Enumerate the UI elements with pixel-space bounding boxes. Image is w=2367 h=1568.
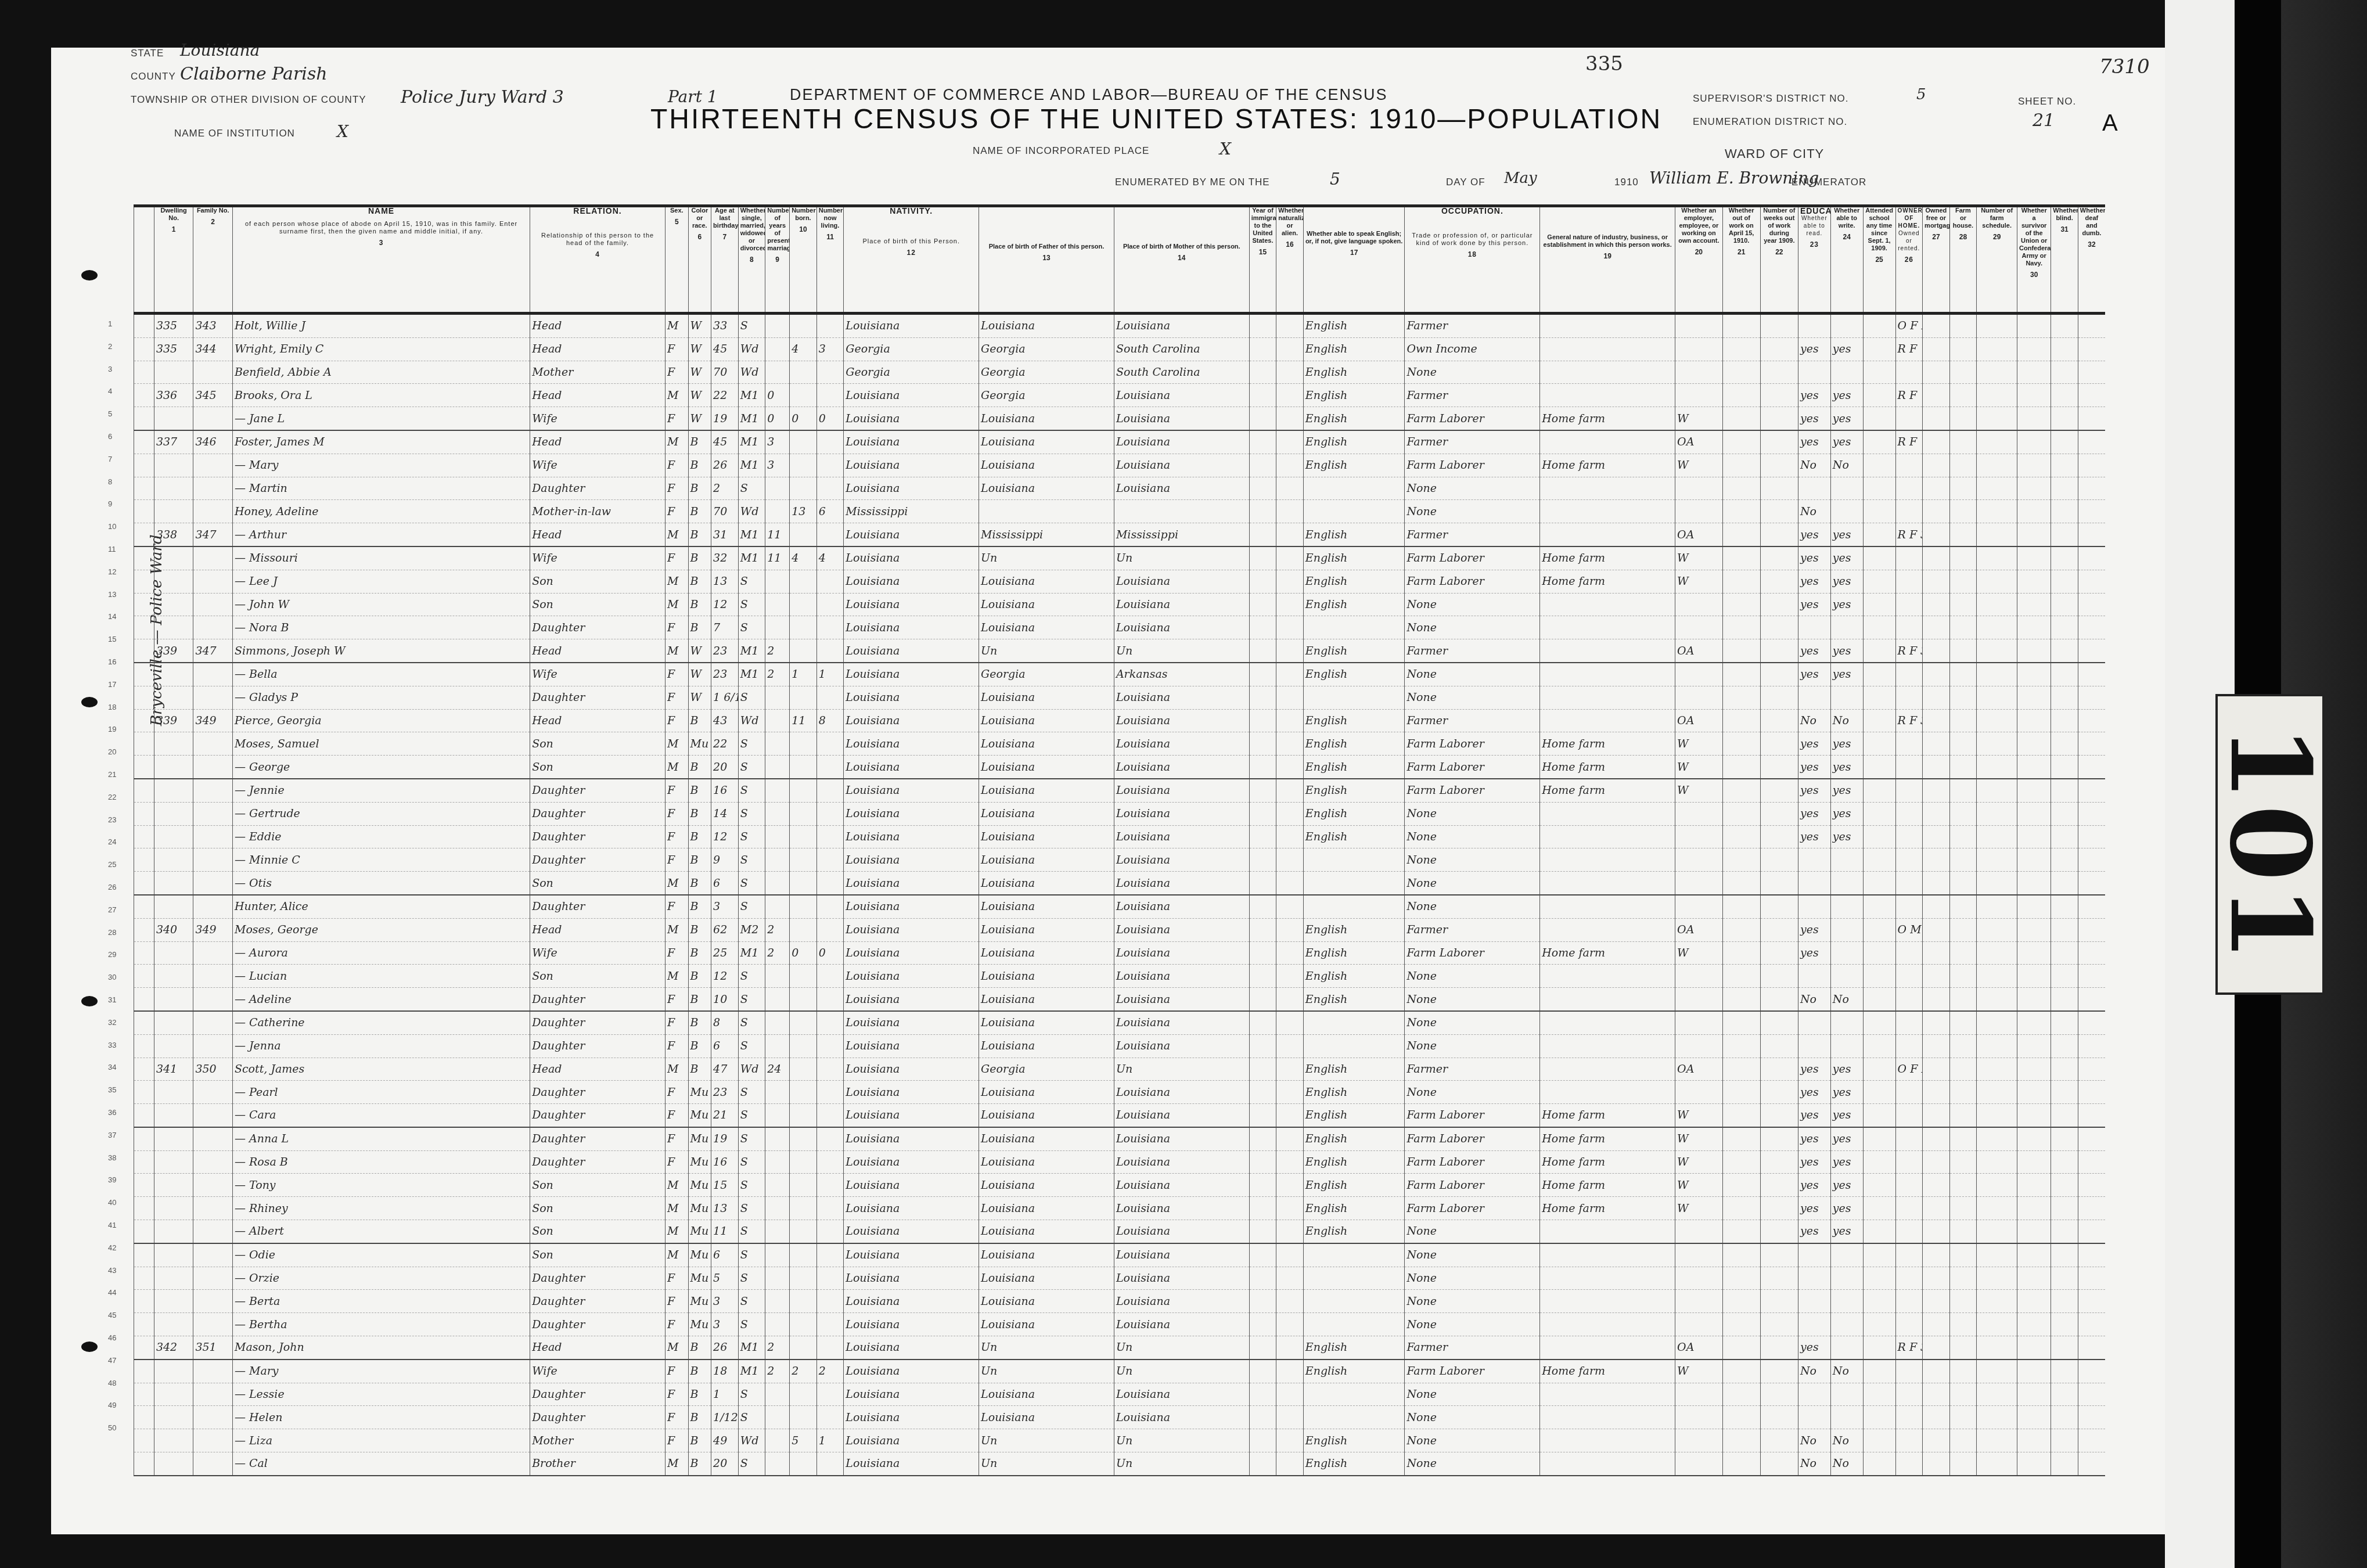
- col-english: Whether able to speak English; or, if no…: [1303, 206, 1405, 314]
- cell-ms: S: [738, 1452, 765, 1476]
- cell-own: [1895, 361, 1923, 384]
- cell-ms: Wd: [738, 1429, 765, 1452]
- cell-ind: [1540, 523, 1675, 546]
- cell-empty: [2078, 1452, 2105, 1476]
- cell-rel: Son: [530, 1243, 666, 1267]
- cell-name: — Jane L: [232, 407, 530, 430]
- cell-rel: Daughter: [530, 477, 666, 500]
- cell-empty: [1977, 384, 2017, 407]
- cell-fam: [193, 454, 233, 477]
- cell-born: [790, 454, 817, 477]
- cell-ind: Home farm: [1540, 1150, 1675, 1174]
- cell-dw: [154, 593, 193, 616]
- cell-dw: [154, 1243, 193, 1267]
- cell-own: [1895, 965, 1923, 988]
- cell-ind: [1540, 825, 1675, 848]
- cell-rel: Son: [530, 593, 666, 616]
- ward-label: WARD OF CITY: [1725, 146, 1824, 161]
- cell-yrs: [765, 1243, 790, 1267]
- cell-empty: [2017, 1313, 2051, 1336]
- cell-mpob: Louisiana: [1114, 1406, 1249, 1429]
- cell-eng: English: [1303, 988, 1405, 1011]
- cell-rel: Daughter: [530, 1290, 666, 1313]
- cell-fam: [193, 732, 233, 756]
- cell-empty: [134, 686, 154, 709]
- cell-fpob: Louisiana: [979, 686, 1114, 709]
- cell-race: W: [688, 663, 711, 686]
- cell-ind: [1540, 314, 1675, 338]
- cell-race: Mu: [688, 1104, 711, 1127]
- table-row: — BertaDaughterFMu3SLouisianaLouisianaLo…: [134, 1290, 2106, 1313]
- cell-yrs: 2: [765, 663, 790, 686]
- cell-eng: English: [1303, 1360, 1405, 1383]
- cell-rel: Son: [530, 872, 666, 895]
- cell-rd: [1798, 1267, 1830, 1290]
- cell-race: B: [688, 941, 711, 965]
- cell-empty: [1249, 337, 1276, 361]
- cell-yrs: [765, 732, 790, 756]
- cell-ind: [1540, 1336, 1675, 1360]
- cell-empty: [1760, 965, 1798, 988]
- cell-empty: [1276, 802, 1304, 825]
- cell-living: [816, 1150, 844, 1174]
- cell-own: [1895, 1406, 1923, 1429]
- cell-fam: [193, 965, 233, 988]
- cell-empty: [134, 1360, 154, 1383]
- cell-wr: [1830, 872, 1863, 895]
- cell-sex: F: [665, 454, 688, 477]
- cell-eng: English: [1303, 361, 1405, 384]
- cell-fam: 347: [193, 523, 233, 546]
- cell-empty: [1863, 1406, 1895, 1429]
- cell-empty: [1722, 1452, 1760, 1476]
- cell-rd: [1798, 1290, 1830, 1313]
- cell-eng: [1303, 872, 1405, 895]
- cell-pob: Louisiana: [844, 1336, 979, 1360]
- cell-empty: [1760, 337, 1798, 361]
- cell-yrs: 2: [765, 1360, 790, 1383]
- cell-mpob: Un: [1114, 639, 1249, 663]
- cell-empty: [2078, 593, 2105, 616]
- cell-empty: [2017, 500, 2051, 523]
- cell-occ: None: [1405, 872, 1540, 895]
- cell-wr: [1830, 1011, 1863, 1034]
- cell-sex: M: [665, 1243, 688, 1267]
- cell-empty: [2078, 1383, 2105, 1406]
- cell-age: 31: [711, 523, 739, 546]
- cell-empty: [1722, 848, 1760, 872]
- cell-empty: [1977, 1243, 2017, 1267]
- cell-dw: 342: [154, 1336, 193, 1360]
- cell-wr: yes: [1830, 384, 1863, 407]
- cell-race: B: [688, 616, 711, 639]
- cell-rel: Head: [530, 1336, 666, 1360]
- cell-race: B: [688, 1011, 711, 1034]
- cell-pob: Louisiana: [844, 709, 979, 732]
- cell-ms: S: [738, 1406, 765, 1429]
- cell-empty: [1760, 895, 1798, 918]
- cell-ind: [1540, 686, 1675, 709]
- cell-empty: [1923, 1081, 1950, 1104]
- cell-wr: [1830, 361, 1863, 384]
- cell-eng: English: [1303, 1429, 1405, 1452]
- cell-empty: [1949, 454, 1977, 477]
- cell-own: [1895, 1104, 1923, 1127]
- cell-rd: No: [1798, 709, 1830, 732]
- cell-race: B: [688, 802, 711, 825]
- cell-own: R F 334: [1895, 709, 1923, 732]
- cell-empty: [1977, 1150, 2017, 1174]
- cell-empty: [2051, 616, 2078, 639]
- cell-empty: [2051, 802, 2078, 825]
- cell-occ: Farm Laborer: [1405, 570, 1540, 593]
- row-number: 49: [108, 1401, 116, 1409]
- cell-fpob: Louisiana: [979, 1011, 1114, 1034]
- cell-ms: M1: [738, 941, 765, 965]
- col-out-of-work: Whether out of work on April 15, 1910.21: [1722, 206, 1760, 314]
- cell-empty: [1722, 965, 1760, 988]
- cell-race: B: [688, 918, 711, 941]
- cell-empty: [2051, 1220, 2078, 1243]
- table-row: — GertrudeDaughterFB14SLouisianaLouisian…: [134, 802, 2106, 825]
- cell-mpob: Louisiana: [1114, 825, 1249, 848]
- cell-empty: [1760, 616, 1798, 639]
- cell-wr: yes: [1830, 732, 1863, 756]
- cell-own: [1895, 1360, 1923, 1383]
- cell-mpob: Louisiana: [1114, 965, 1249, 988]
- cell-empty: [1249, 709, 1276, 732]
- cell-eng: English: [1303, 407, 1405, 430]
- cell-rel: Son: [530, 1174, 666, 1197]
- cell-empty: [2078, 1267, 2105, 1290]
- cell-empty: [1722, 895, 1760, 918]
- cell-sex: M: [665, 756, 688, 779]
- cell-empty: [2017, 337, 2051, 361]
- cell-rel: Daughter: [530, 1104, 666, 1127]
- cell-occ: None: [1405, 1406, 1540, 1429]
- col-years-married: Number of years of present marriage.9: [765, 206, 790, 314]
- cell-own: [1895, 1034, 1923, 1058]
- cell-dw: 338: [154, 523, 193, 546]
- cell-rd: [1798, 361, 1830, 384]
- cell-empty: [2051, 1243, 2078, 1267]
- cell-empty: [1760, 1360, 1798, 1383]
- cell-empty: [1923, 1197, 1950, 1220]
- cell-race: W: [688, 384, 711, 407]
- cell-wr: [1830, 686, 1863, 709]
- cell-empty: [1760, 686, 1798, 709]
- cell-empty: [1760, 918, 1798, 941]
- cell-yrs: [765, 965, 790, 988]
- cell-empty: [1923, 1336, 1950, 1360]
- cell-rel: Son: [530, 570, 666, 593]
- cell-occ: Farmer: [1405, 430, 1540, 454]
- cell-ms: M2: [738, 918, 765, 941]
- cell-empty: [2051, 361, 2078, 384]
- cell-empty: [1949, 407, 1977, 430]
- cell-rd: yes: [1798, 779, 1830, 802]
- cell-occ: None: [1405, 802, 1540, 825]
- cell-empty: [1977, 1220, 2017, 1243]
- cell-rd: yes: [1798, 732, 1830, 756]
- cell-empty: [2078, 872, 2105, 895]
- cell-empty: [1760, 802, 1798, 825]
- cell-ms: Wd: [738, 1058, 765, 1081]
- cell-empty: [1863, 1034, 1895, 1058]
- cell-fam: [193, 1290, 233, 1313]
- cell-living: [816, 1313, 844, 1336]
- cell-yrs: 2: [765, 639, 790, 663]
- cell-wr: yes: [1830, 802, 1863, 825]
- cell-empty: [1977, 825, 2017, 848]
- cell-empty: [1760, 500, 1798, 523]
- cell-empty: [2078, 454, 2105, 477]
- cell-eng: [1303, 1290, 1405, 1313]
- row-number: 5: [108, 409, 112, 418]
- cell-dw: [154, 1174, 193, 1197]
- cell-ms: S: [738, 1174, 765, 1197]
- cell-born: [790, 825, 817, 848]
- cell-yrs: [765, 1452, 790, 1476]
- cell-mpob: Louisiana: [1114, 1127, 1249, 1150]
- cell-empty: [1949, 895, 1977, 918]
- cell-ind: [1540, 848, 1675, 872]
- cell-mpob: Louisiana: [1114, 941, 1249, 965]
- cell-empty: [1760, 639, 1798, 663]
- cell-eng: English: [1303, 756, 1405, 779]
- cell-ms: M1: [738, 430, 765, 454]
- cell-name: Foster, James M: [232, 430, 530, 454]
- cell-empty: [1249, 500, 1276, 523]
- institution-value: X: [337, 122, 348, 141]
- cell-eng: [1303, 1243, 1405, 1267]
- cell-empty: [1923, 454, 1950, 477]
- cell-dw: [154, 988, 193, 1011]
- cell-sex: M: [665, 1452, 688, 1476]
- cell-empty: [1249, 1220, 1276, 1243]
- cell-yrs: [765, 895, 790, 918]
- cell-emp: [1675, 1290, 1722, 1313]
- cell-mpob: Un: [1114, 1336, 1249, 1360]
- cell-empty: [1249, 454, 1276, 477]
- cell-empty: [2078, 825, 2105, 848]
- cell-empty: [1923, 1058, 1950, 1081]
- cell-empty: [1760, 1429, 1798, 1452]
- col-farm-house: Farm or house.28: [1949, 206, 1977, 314]
- cell-empty: [1977, 941, 2017, 965]
- cell-empty: [134, 941, 154, 965]
- cell-born: [790, 965, 817, 988]
- cell-empty: [2017, 1081, 2051, 1104]
- cell-race: B: [688, 756, 711, 779]
- cell-empty: [1276, 500, 1304, 523]
- cell-wr: [1830, 616, 1863, 639]
- cell-empty: [1977, 361, 2017, 384]
- cell-empty: [2051, 1267, 2078, 1290]
- cell-empty: [1977, 1174, 2017, 1197]
- cell-emp: [1675, 1313, 1722, 1336]
- cell-empty: [1863, 1383, 1895, 1406]
- cell-own: [1895, 686, 1923, 709]
- cell-age: 14: [711, 802, 739, 825]
- row-number: 20: [108, 747, 116, 756]
- cell-wr: yes: [1830, 1197, 1863, 1220]
- cell-emp: [1675, 337, 1722, 361]
- cell-eng: English: [1303, 918, 1405, 941]
- cell-rd: yes: [1798, 1336, 1830, 1360]
- cell-race: B: [688, 1383, 711, 1406]
- cell-empty: [1923, 779, 1950, 802]
- col-father-pob: Place of birth of Father of this person.…: [979, 206, 1114, 314]
- cell-own: [1895, 1267, 1923, 1290]
- cell-empty: [1722, 1313, 1760, 1336]
- cell-rd: [1798, 1034, 1830, 1058]
- cell-ind: [1540, 1034, 1675, 1058]
- cell-name: Wright, Emily C: [232, 337, 530, 361]
- cell-ind: [1540, 709, 1675, 732]
- cell-empty: [2078, 663, 2105, 686]
- cell-empty: [134, 477, 154, 500]
- cell-eng: English: [1303, 454, 1405, 477]
- cell-born: 5: [790, 1429, 817, 1452]
- cell-occ: None: [1405, 988, 1540, 1011]
- cell-fpob: Louisiana: [979, 1081, 1114, 1104]
- cell-empty: [1977, 756, 2017, 779]
- cell-rd: [1798, 1383, 1830, 1406]
- cell-empty: [1276, 639, 1304, 663]
- cell-fpob: Un: [979, 639, 1114, 663]
- cell-ms: S: [738, 756, 765, 779]
- cell-fpob: Louisiana: [979, 314, 1114, 338]
- table-row: — CaraDaughterFMu21SLouisianaLouisianaLo…: [134, 1104, 2106, 1127]
- cell-yrs: [765, 1034, 790, 1058]
- cell-empty: [1722, 616, 1760, 639]
- cell-empty: [1977, 593, 2017, 616]
- cell-occ: Farmer: [1405, 1336, 1540, 1360]
- cell-wr: yes: [1830, 825, 1863, 848]
- cell-empty: [134, 1429, 154, 1452]
- cell-pob: Louisiana: [844, 779, 979, 802]
- cell-age: 1 6/12: [711, 686, 739, 709]
- cell-empty: [1249, 1383, 1276, 1406]
- cell-empty: [1276, 546, 1304, 570]
- col-industry: General nature of industry, business, or…: [1540, 206, 1675, 314]
- cell-empty: [1949, 1220, 1977, 1243]
- cell-mpob: Louisiana: [1114, 384, 1249, 407]
- cell-pob: Georgia: [844, 337, 979, 361]
- row-number: 34: [108, 1063, 116, 1071]
- cell-empty: [1949, 1011, 1977, 1034]
- cell-age: 23: [711, 663, 739, 686]
- cell-fam: [193, 361, 233, 384]
- cell-yrs: 2: [765, 1336, 790, 1360]
- cell-empty: [2078, 477, 2105, 500]
- cell-fpob: Georgia: [979, 663, 1114, 686]
- cell-fam: [193, 1127, 233, 1150]
- cell-mpob: [1114, 500, 1249, 523]
- cell-empty: [134, 663, 154, 686]
- cell-empty: [134, 779, 154, 802]
- cell-occ: Farm Laborer: [1405, 1174, 1540, 1197]
- table-row: 335343Holt, Willie JHeadMW33SLouisianaLo…: [134, 314, 2106, 338]
- cell-rd: yes: [1798, 941, 1830, 965]
- cell-living: [816, 1243, 844, 1267]
- cell-empty: [1276, 407, 1304, 430]
- cell-mpob: Louisiana: [1114, 454, 1249, 477]
- row-number: 26: [108, 883, 116, 891]
- cell-mpob: Louisiana: [1114, 1081, 1249, 1104]
- cell-name: Moses, George: [232, 918, 530, 941]
- cell-dw: [154, 1290, 193, 1313]
- institution-label: NAME OF INSTITUTION: [174, 128, 295, 139]
- cell-empty: [1949, 779, 1977, 802]
- cell-sex: F: [665, 825, 688, 848]
- cell-living: [816, 895, 844, 918]
- cell-eng: English: [1303, 941, 1405, 965]
- cell-occ: None: [1405, 1220, 1540, 1243]
- cell-empty: [134, 1127, 154, 1150]
- cell-ind: [1540, 1290, 1675, 1313]
- table-row: 340349Moses, GeorgeHeadMB62M22LouisianaL…: [134, 918, 2106, 941]
- table-row: — GeorgeSonMB20SLouisianaLouisianaLouisi…: [134, 756, 2106, 779]
- cell-empty: [2017, 1104, 2051, 1127]
- cell-rel: Brother: [530, 1452, 666, 1476]
- cell-pob: Louisiana: [844, 1383, 979, 1406]
- row-number: 4: [108, 387, 112, 395]
- cell-fpob: Un: [979, 1336, 1114, 1360]
- cell-empty: [1949, 965, 1977, 988]
- cell-empty: [1760, 1058, 1798, 1081]
- cell-fpob: Georgia: [979, 337, 1114, 361]
- cell-eng: English: [1303, 593, 1405, 616]
- cell-dw: 337: [154, 430, 193, 454]
- cell-ms: S: [738, 686, 765, 709]
- cell-mpob: Louisiana: [1114, 732, 1249, 756]
- cell-empty: [1923, 1267, 1950, 1290]
- cell-empty: [1923, 709, 1950, 732]
- cell-fpob: Louisiana: [979, 779, 1114, 802]
- cell-pob: Louisiana: [844, 756, 979, 779]
- cell-empty: [134, 1313, 154, 1336]
- cell-empty: [1249, 1360, 1276, 1383]
- cell-empty: [1863, 941, 1895, 965]
- cell-empty: [1863, 1267, 1895, 1290]
- cell-mpob: Un: [1114, 1429, 1249, 1452]
- cell-empty: [134, 1406, 154, 1429]
- cell-empty: [2017, 593, 2051, 616]
- cell-yrs: [765, 1127, 790, 1150]
- row-number: 3: [108, 365, 112, 373]
- cell-empty: [1977, 523, 2017, 546]
- cell-empty: [1276, 454, 1304, 477]
- cell-sex: F: [665, 686, 688, 709]
- cell-empty: [1249, 1243, 1276, 1267]
- cell-empty: [1249, 1336, 1276, 1360]
- cell-dw: [154, 872, 193, 895]
- enumerated-label: ENUMERATED BY ME ON THE: [1115, 177, 1270, 188]
- cell-empty: [1863, 546, 1895, 570]
- cell-emp: OA: [1675, 709, 1722, 732]
- cell-ms: M1: [738, 454, 765, 477]
- table-row: — OrzieDaughterFMu5SLouisianaLouisianaLo…: [134, 1267, 2106, 1290]
- table-row: — JennaDaughterFB6SLouisianaLouisianaLou…: [134, 1034, 2106, 1058]
- cell-fam: [193, 779, 233, 802]
- cell-age: 20: [711, 1452, 739, 1476]
- cell-empty: [1863, 1429, 1895, 1452]
- cell-empty: [2051, 1197, 2078, 1220]
- cell-born: [790, 1452, 817, 1476]
- cell-empty: [1923, 1452, 1950, 1476]
